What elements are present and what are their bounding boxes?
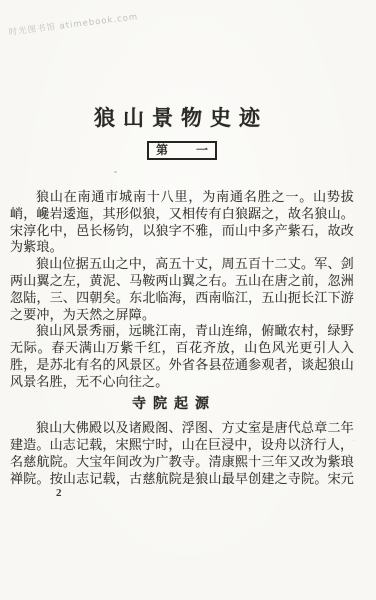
text-line: 无际。春天满山万紫千红，百花齐放，山色风光更引人入 [10, 340, 354, 357]
text-line: 名慈航院。大宝年间改为广教寺。清康熙十三年又改为紫琅 [10, 454, 354, 471]
text-line: 狼山风景秀丽，远眺江南，青山连绵，俯瞰农村，绿野 [10, 323, 354, 340]
book-page: 时光图书馆 atimebook.com 狼山景物史迹 第 一 狼山在南通市城南十… [0, 0, 376, 600]
text-line: 胜，是苏北有名的风景区。外省各县莅通参观者，谈起狼山 [10, 357, 354, 374]
text-line: 狼山在南通市城南十八里，为南通名胜之一。山势拔 [10, 189, 354, 206]
scan-speck [114, 171, 117, 173]
text-line: 禅院。按山志记载，古慈航院是狼山最早创建之寺院。宋元 [10, 471, 354, 488]
section-heading: 寺院起源 [10, 397, 354, 414]
text-line: 狼山位据五山之中，高五十丈，周五百十二丈。军、剑 [10, 256, 354, 273]
text-line: 忽陆，三、四朝矣。东北临海，西南临江，五山扼长江下游 [10, 290, 354, 307]
chapter-badge-left-char: 第 [156, 143, 168, 158]
text-line: 之要冲，为天然之屏障。 [10, 307, 354, 324]
text-line: 宋淳化中，邑长杨钧，以狼字不雅，而山中多产紫石，故改 [10, 223, 354, 240]
text-line: 两山翼之左，黄泥、马鞍两山翼之右。五山在唐之前，忽洲 [10, 273, 354, 290]
text-line: 建造。山志记载，宋熙宁时，山在巨浸中，设舟以济行人，故 [10, 437, 354, 454]
text-line: 峭，巉岩逶迤，其形似狼，又相传有白狼踞之，故名狼山。 [10, 206, 354, 223]
page-number: 2 [56, 487, 62, 499]
body-text: 狼山在南通市城南十八里，为南通名胜之一。山势拔 峭，巉岩逶迤，其形似狼，又相传有… [0, 189, 376, 488]
text-line: 狼山大佛殿以及诸殿阁、浮图、方丈室是唐代总章二年 [10, 420, 354, 437]
text-line: 风景名胜，无不心向往之。 [10, 374, 354, 391]
chapter-badge: 第 一 [147, 141, 217, 160]
text-line: 为紫琅。 [10, 239, 354, 256]
chapter-badge-right-char: 一 [196, 143, 208, 158]
